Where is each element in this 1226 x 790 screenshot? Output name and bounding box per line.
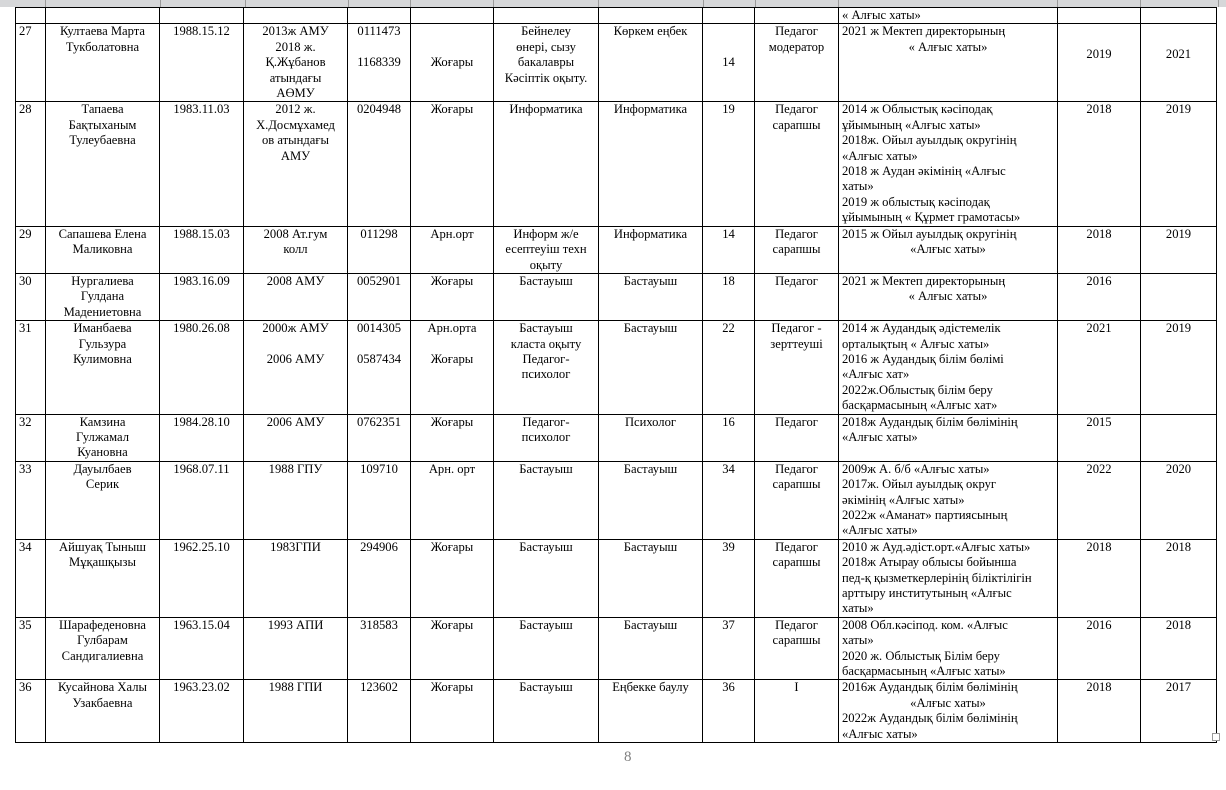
award-line: басқармасының «Алғыс хат» (842, 398, 1054, 413)
cell-birth: 1968.07.11 (160, 461, 244, 539)
institution-line: атындағы (247, 71, 344, 86)
cell-diploma: 011298 (348, 226, 411, 273)
cell-awards: 2010 ж Ауд.әдіст.орт.«Алғыс хаты»2018ж А… (839, 539, 1058, 617)
cell-birth: 1963.15.04 (160, 617, 244, 680)
year1-value: 2016 (1061, 618, 1137, 633)
cell-diploma: 0014305 0587434 (348, 321, 411, 414)
award-line: 2017ж. Ойыл ауылдық округ (842, 477, 1054, 492)
year1-value: 2016 (1061, 274, 1137, 289)
cell-institution (244, 8, 348, 24)
education-level-line: Арн. орт (414, 462, 490, 477)
cell-education-level: Арн.орта Жоғары (411, 321, 494, 414)
subject-line: Бастауыш (602, 540, 699, 555)
cell-diploma: 0111473 1168339 (348, 24, 411, 102)
ruler-tick (598, 0, 599, 7)
year1-value: 2018 (1061, 540, 1137, 555)
category-line: I (758, 680, 835, 695)
specialty-line: Бастауыш (497, 274, 595, 289)
subject-line: Еңбекке баулу (602, 680, 699, 695)
category-line: сарапшы (758, 118, 835, 133)
ruler-tick (755, 0, 756, 7)
cell-birth: 1988.15.12 (160, 24, 244, 102)
cell-specialty: Бастауыш (494, 273, 599, 320)
ruler-tick (348, 0, 349, 7)
name-line: Нургалиева (49, 274, 156, 289)
award-line: « Алғыс хаты» (842, 289, 1054, 304)
cell-experience: 14 (703, 24, 755, 102)
specialty-line: есептеуіш техн (497, 242, 595, 257)
year2-value: 2020 (1144, 462, 1213, 477)
category-line: Педагог (758, 618, 835, 633)
institution-line (247, 337, 344, 352)
ruler-tick (160, 0, 161, 7)
cell-name: ДауылбаевСерик (46, 461, 160, 539)
award-line: 2021 ж Мектеп директорының (842, 24, 1054, 39)
cell-name: Сапашева ЕленаМаликовна (46, 226, 160, 273)
cell-diploma: 123602 (348, 680, 411, 743)
cell-experience: 34 (703, 461, 755, 539)
name-line: Сапашева Елена (49, 227, 156, 242)
education-level-line (414, 24, 490, 39)
cell-category: Педагог -зерттеуші (755, 321, 839, 414)
cell-institution: 2000ж АМУ 2006 АМУ (244, 321, 348, 414)
table-resize-handle[interactable] (1212, 733, 1220, 741)
year1-value: 2015 (1061, 415, 1137, 430)
institution-line: 1993 АПИ (247, 618, 344, 633)
category-line: Педагог (758, 274, 835, 289)
cell-name: Кусайнова ХалыУзакбаевна (46, 680, 160, 743)
cell-no (16, 8, 46, 24)
cell-education-level (411, 8, 494, 24)
cell-subject: Көркем еңбек (599, 24, 703, 102)
award-line: 2018ж. Ойыл ауылдық округінің (842, 133, 1054, 148)
ruler-tick (493, 0, 494, 7)
award-line: 2018ж Аудандық білім бөлімінің (842, 415, 1054, 430)
cell-education-level: Жоғары (411, 102, 494, 226)
cell-name: ИманбаеваГульзураКулимовна (46, 321, 160, 414)
cell-no: 30 (16, 273, 46, 320)
birth-value: 1988.15.12 (163, 24, 240, 39)
cell-subject: Психолог (599, 414, 703, 461)
cell-institution: 1993 АПИ (244, 617, 348, 680)
name-line: Тулеубаевна (49, 133, 156, 148)
ruler-tick (1057, 0, 1058, 7)
diploma-line: 123602 (351, 680, 407, 695)
name-line: Иманбаева (49, 321, 156, 336)
institution-line: 2006 АМУ (247, 415, 344, 430)
year2-value: 2018 (1144, 540, 1213, 555)
specialty-line: Бастауыш (497, 540, 595, 555)
award-line: «Алғыс хаты» (842, 696, 1054, 711)
cell-diploma: 0052901 (348, 273, 411, 320)
cell-experience: 39 (703, 539, 755, 617)
education-level-line (414, 40, 490, 55)
cell-year2 (1141, 414, 1217, 461)
award-line: 2010 ж Ауд.әдіст.орт.«Алғыс хаты» (842, 540, 1054, 555)
cell-institution: 2013ж АМУ2018 ж.Қ.ЖұбановатындағыАӨМУ (244, 24, 348, 102)
experience-line (706, 40, 751, 55)
diploma-line: 0762351 (351, 415, 407, 430)
cell-no: 36 (16, 680, 46, 743)
award-line: арттыру институтының «Алғыс (842, 586, 1054, 601)
institution-line: 2008 Ат.гум (247, 227, 344, 242)
ruler-tick (1218, 0, 1219, 7)
cell-year2 (1141, 8, 1217, 24)
specialty-line: Информатика (497, 102, 595, 117)
year1-value: 2019 (1061, 47, 1137, 62)
no-value: 36 (19, 680, 42, 695)
institution-line: 2000ж АМУ (247, 321, 344, 336)
name-line: Култаева Марта (49, 24, 156, 39)
diploma-line: 011298 (351, 227, 407, 242)
name-line: Айшуақ Тыныш (49, 540, 156, 555)
specialty-line: Педагог- (497, 352, 595, 367)
cell-specialty: Информатика (494, 102, 599, 226)
name-line: Куановна (49, 445, 156, 460)
experience-line: 19 (706, 102, 751, 117)
birth-value: 1963.15.04 (163, 618, 240, 633)
no-value: 31 (19, 321, 42, 336)
diploma-line (351, 337, 407, 352)
table-row: 27Култаева МартаТукболатовна1988.15.1220… (16, 24, 1217, 102)
category-line: Педагог (758, 102, 835, 117)
cell-diploma: 0762351 (348, 414, 411, 461)
cell-no: 34 (16, 539, 46, 617)
cell-subject: Бастауыш (599, 617, 703, 680)
name-line: Кулимовна (49, 352, 156, 367)
cell-year1: 2022 (1058, 461, 1141, 539)
birth-value: 1983.16.09 (163, 274, 240, 289)
birth-value: 1984.28.10 (163, 415, 240, 430)
category-line: зерттеуші (758, 337, 835, 352)
award-line: хаты» (842, 179, 1054, 194)
cell-birth: 1983.11.03 (160, 102, 244, 226)
subject-line: Бастауыш (602, 618, 699, 633)
name-line: Серик (49, 477, 156, 492)
diploma-line: 318583 (351, 618, 407, 633)
experience-line: 18 (706, 274, 751, 289)
cell-diploma: 0204948 (348, 102, 411, 226)
cell-year2 (1141, 273, 1217, 320)
category-line: сарапшы (758, 555, 835, 570)
specialty-line: Бастауыш (497, 618, 595, 633)
no-value: 28 (19, 102, 42, 117)
year1-value: 2018 (1061, 680, 1137, 695)
cell-year2: 2018 (1141, 539, 1217, 617)
cell-subject: Бастауыш (599, 321, 703, 414)
award-line: 2015 ж Ойыл ауылдық округінің (842, 227, 1054, 242)
cell-name: Култаева МартаТукболатовна (46, 24, 160, 102)
award-line: 2008 Обл.кәсіпод. ком. «Алғыс (842, 618, 1054, 633)
cell-category: Педагогсарапшы (755, 539, 839, 617)
award-line: 2021 ж Мектеп директорының (842, 274, 1054, 289)
cell-awards: 2009ж А. б/б «Алғыс хаты»2017ж. Ойыл ауы… (839, 461, 1058, 539)
award-line: 2018 ж Аудан әкімінің «Алғыс (842, 164, 1054, 179)
cell-year1: 2016 (1058, 273, 1141, 320)
cell-specialty: Бастауышкласта оқытуПедагог-психолог (494, 321, 599, 414)
experience-line: 36 (706, 680, 751, 695)
name-line: Тапаева (49, 102, 156, 117)
cell-birth: 1963.23.02 (160, 680, 244, 743)
year1-value: 2022 (1061, 462, 1137, 477)
institution-line: 2008 АМУ (247, 274, 344, 289)
institution-line: 2018 ж. (247, 40, 344, 55)
cell-subject (599, 8, 703, 24)
name-line: Маликовна (49, 242, 156, 257)
category-line: Педагог (758, 24, 835, 39)
specialty-line: Кәсіптік оқыту. (497, 71, 595, 86)
no-value: 33 (19, 462, 42, 477)
diploma-line (351, 40, 407, 55)
institution-line: 1988 ГПУ (247, 462, 344, 477)
institution-line: 2013ж АМУ (247, 24, 344, 39)
education-level-line: Жоғары (414, 618, 490, 633)
year2-value: 2017 (1144, 680, 1213, 695)
cell-institution: 2008 Ат.гумколл (244, 226, 348, 273)
cell-education-level: Жоғары (411, 24, 494, 102)
award-line: «Алғыс хаты» (842, 727, 1054, 742)
diploma-line: 294906 (351, 540, 407, 555)
education-level-line: Жоғары (414, 55, 490, 70)
institution-line: 2012 ж. (247, 102, 344, 117)
cell-name: Айшуақ ТынышМұқашқызы (46, 539, 160, 617)
birth-value: 1968.07.11 (163, 462, 240, 477)
cell-diploma: 294906 (348, 539, 411, 617)
category-line: сарапшы (758, 242, 835, 257)
diploma-line: 109710 (351, 462, 407, 477)
experience-line: 39 (706, 540, 751, 555)
specialty-line: өнері, сызу (497, 40, 595, 55)
award-line: «Алғыс хаты» (842, 149, 1054, 164)
year1-value: 2021 (1061, 321, 1137, 336)
cell-year2: 2019 (1141, 102, 1217, 226)
institution-line: 2006 АМУ (247, 352, 344, 367)
cell-specialty: Информ ж/еесептеуіш техноқыту (494, 226, 599, 273)
specialty-line: Бастауыш (497, 462, 595, 477)
category-line: Педагог (758, 415, 835, 430)
cell-year2: 2019 (1141, 321, 1217, 414)
cell-specialty: Педагог-психолог (494, 414, 599, 461)
education-level-line: Арн.орт (414, 227, 490, 242)
cell-year1: 2018 (1058, 102, 1141, 226)
cell-specialty (494, 8, 599, 24)
staff-table: « Алғыс хаты» 27Култаева МартаТукболатов… (15, 7, 1217, 743)
cell-awards: 2021 ж Мектеп директорының« Алғыс хаты» (839, 24, 1058, 102)
specialty-line: Бастауыш (497, 680, 595, 695)
cell-year1: 2018 (1058, 226, 1141, 273)
institution-line: АМУ (247, 149, 344, 164)
cell-institution: 2012 ж.Х.Досмұхамедов атындағыАМУ (244, 102, 348, 226)
cell-year2: 2018 (1141, 617, 1217, 680)
cell-education-level: Жоғары (411, 539, 494, 617)
name-line: Гульзура (49, 337, 156, 352)
cell-category: Педагогсарапшы (755, 461, 839, 539)
education-level-line: Жоғары (414, 102, 490, 117)
name-line: Тукболатовна (49, 40, 156, 55)
diploma-line: 1168339 (351, 55, 407, 70)
cell-specialty: Бейнелеуөнері, сызубакалаврыКәсіптік оқы… (494, 24, 599, 102)
cell-birth: 1984.28.10 (160, 414, 244, 461)
cell-year1: 2015 (1058, 414, 1141, 461)
name-line: Мұқашқызы (49, 555, 156, 570)
table-row: 32КамзинаГулжамалКуановна1984.28.102006 … (16, 414, 1217, 461)
name-line: Сандигалиевна (49, 649, 156, 664)
diploma-line: 0204948 (351, 102, 407, 117)
cell-awards: « Алғыс хаты» (839, 8, 1058, 24)
cell-specialty: Бастауыш (494, 539, 599, 617)
cell-institution: 1988 ГПУ (244, 461, 348, 539)
institution-line: АӨМУ (247, 86, 344, 101)
specialty-line: класта оқыту (497, 337, 595, 352)
cell-category: Педагогсарапшы (755, 617, 839, 680)
no-value: 34 (19, 540, 42, 555)
experience-line: 37 (706, 618, 751, 633)
award-line: «Алғыс хаты» (842, 523, 1054, 538)
table-row: 30НургалиеваГулданаМадениетовна1983.16.0… (16, 273, 1217, 320)
cell-subject: Еңбекке баулу (599, 680, 703, 743)
cell-awards: 2015 ж Ойыл ауылдық округінің«Алғыс хаты… (839, 226, 1058, 273)
award-line: «Алғыс хаты» (842, 430, 1054, 445)
cell-experience: 16 (703, 414, 755, 461)
page-number: 8 (624, 749, 632, 766)
award-line: 2019 ж облыстық кәсіподақ (842, 195, 1054, 210)
cell-institution: 1988 ГПИ (244, 680, 348, 743)
cell-diploma: 109710 (348, 461, 411, 539)
year2-value: 2018 (1144, 618, 1213, 633)
cell-name: КамзинаГулжамалКуановна (46, 414, 160, 461)
year1-value: 2018 (1061, 102, 1137, 117)
name-line: Мадениетовна (49, 305, 156, 320)
cell-experience: 22 (703, 321, 755, 414)
table-row: 28ТапаеваБақтыханымТулеубаевна1983.11.03… (16, 102, 1217, 226)
cell-year1: 2019 (1058, 24, 1141, 102)
cell-specialty: Бастауыш (494, 461, 599, 539)
subject-line: Бастауыш (602, 462, 699, 477)
cell-no: 32 (16, 414, 46, 461)
cell-experience: 36 (703, 680, 755, 743)
ruler-tick (1140, 0, 1141, 7)
specialty-line: Бейнелеу (497, 24, 595, 39)
cell-institution: 1983ГПИ (244, 539, 348, 617)
birth-value: 1980.26.08 (163, 321, 240, 336)
specialty-line: психолог (497, 430, 595, 445)
experience-line: 22 (706, 321, 751, 336)
institution-line: 1983ГПИ (247, 540, 344, 555)
experience-line: 16 (706, 415, 751, 430)
specialty-line: Педагог- (497, 415, 595, 430)
diploma-line: 0111473 (351, 24, 407, 39)
cell-birth: 1988.15.03 (160, 226, 244, 273)
cell-education-level: Жоғары (411, 617, 494, 680)
award-line: 2016 ж Аудандық білім бөлімі (842, 352, 1054, 367)
name-line: Узакбаевна (49, 696, 156, 711)
table-row: 36Кусайнова ХалыУзакбаевна1963.23.021988… (16, 680, 1217, 743)
experience-line: 14 (706, 227, 751, 242)
cell-category (755, 8, 839, 24)
education-level-line (414, 337, 490, 352)
education-level-line: Жоғары (414, 352, 490, 367)
name-line: Камзина (49, 415, 156, 430)
cell-experience (703, 8, 755, 24)
cell-name: НургалиеваГулданаМадениетовна (46, 273, 160, 320)
institution-line: 1988 ГПИ (247, 680, 344, 695)
category-line: сарапшы (758, 477, 835, 492)
cell-category: Педагогсарапшы (755, 102, 839, 226)
no-value: 30 (19, 274, 42, 289)
ruler-tick (45, 0, 46, 7)
cell-category: Педагогмодератор (755, 24, 839, 102)
education-level-line: Жоғары (414, 540, 490, 555)
cell-name: ШарафеденовнаГулбарамСандигалиевна (46, 617, 160, 680)
cell-subject: Бастауыш (599, 539, 703, 617)
cell-awards: 2014 ж Облыстық кәсіподақұйымының «Алғыс… (839, 102, 1058, 226)
name-line: Гулдана (49, 289, 156, 304)
birth-value: 1983.11.03 (163, 102, 240, 117)
award-line: 2022ж Аудандық білім бөлімінің (842, 711, 1054, 726)
cell-year1: 2016 (1058, 617, 1141, 680)
subject-line: Информатика (602, 227, 699, 242)
award-line: ұйымының « Құрмет грамотасы» (842, 210, 1054, 225)
category-line: модератор (758, 40, 835, 55)
subject-line: Бастауыш (602, 321, 699, 336)
cell-year1: 2021 (1058, 321, 1141, 414)
table-row-partial: « Алғыс хаты» (16, 8, 1217, 24)
education-level-line: Жоғары (414, 274, 490, 289)
cell-education-level: Арн. орт (411, 461, 494, 539)
cell-year2: 2017 (1141, 680, 1217, 743)
cell-experience: 14 (703, 226, 755, 273)
cell-education-level: Жоғары (411, 273, 494, 320)
specialty-line: психолог (497, 367, 595, 382)
name-line: Шарафеденовна (49, 618, 156, 633)
cell-education-level: Жоғары (411, 414, 494, 461)
diploma-line: 0052901 (351, 274, 407, 289)
cell-no: 28 (16, 102, 46, 226)
name-line: Гулбарам (49, 633, 156, 648)
cell-awards: 2018ж Аудандық білім бөлімінің«Алғыс хат… (839, 414, 1058, 461)
cell-category: Педагог (755, 273, 839, 320)
no-value: 27 (19, 24, 42, 39)
cell-education-level: Арн.орт (411, 226, 494, 273)
cell-awards: 2021 ж Мектеп директорының« Алғыс хаты» (839, 273, 1058, 320)
award-line: 2014 ж Облыстық кәсіподақ (842, 102, 1054, 117)
ruler-tick (838, 0, 839, 7)
cell-birth: 1983.16.09 (160, 273, 244, 320)
cell-year1: 2018 (1058, 539, 1141, 617)
cell-birth: 1962.25.10 (160, 539, 244, 617)
cell-subject: Бастауыш (599, 273, 703, 320)
award-line: 2020 ж. Облыстық Білім беру (842, 649, 1054, 664)
cell-diploma (348, 8, 411, 24)
cell-category: Педагог (755, 414, 839, 461)
subject-line: Информатика (602, 102, 699, 117)
cell-year2: 2020 (1141, 461, 1217, 539)
cell-awards: 2016ж Аудандық білім бөлімінің«Алғыс хат… (839, 680, 1058, 743)
ruler-tick (245, 0, 246, 7)
cell-no: 33 (16, 461, 46, 539)
cell-diploma: 318583 (348, 617, 411, 680)
birth-value: 1963.23.02 (163, 680, 240, 695)
award-line: « Алғыс хаты» (842, 40, 1054, 55)
cell-subject: Информатика (599, 102, 703, 226)
category-line: Педагог (758, 227, 835, 242)
subject-line: Бастауыш (602, 274, 699, 289)
award-line: әкімінің «Алғыс хаты» (842, 493, 1054, 508)
award-line: басқармасының «Алғыс хаты» (842, 664, 1054, 679)
category-line: Педагог (758, 540, 835, 555)
cell-birth: 1980.26.08 (160, 321, 244, 414)
cell-awards: 2014 ж Аудандық әдістемелікорталықтың « … (839, 321, 1058, 414)
